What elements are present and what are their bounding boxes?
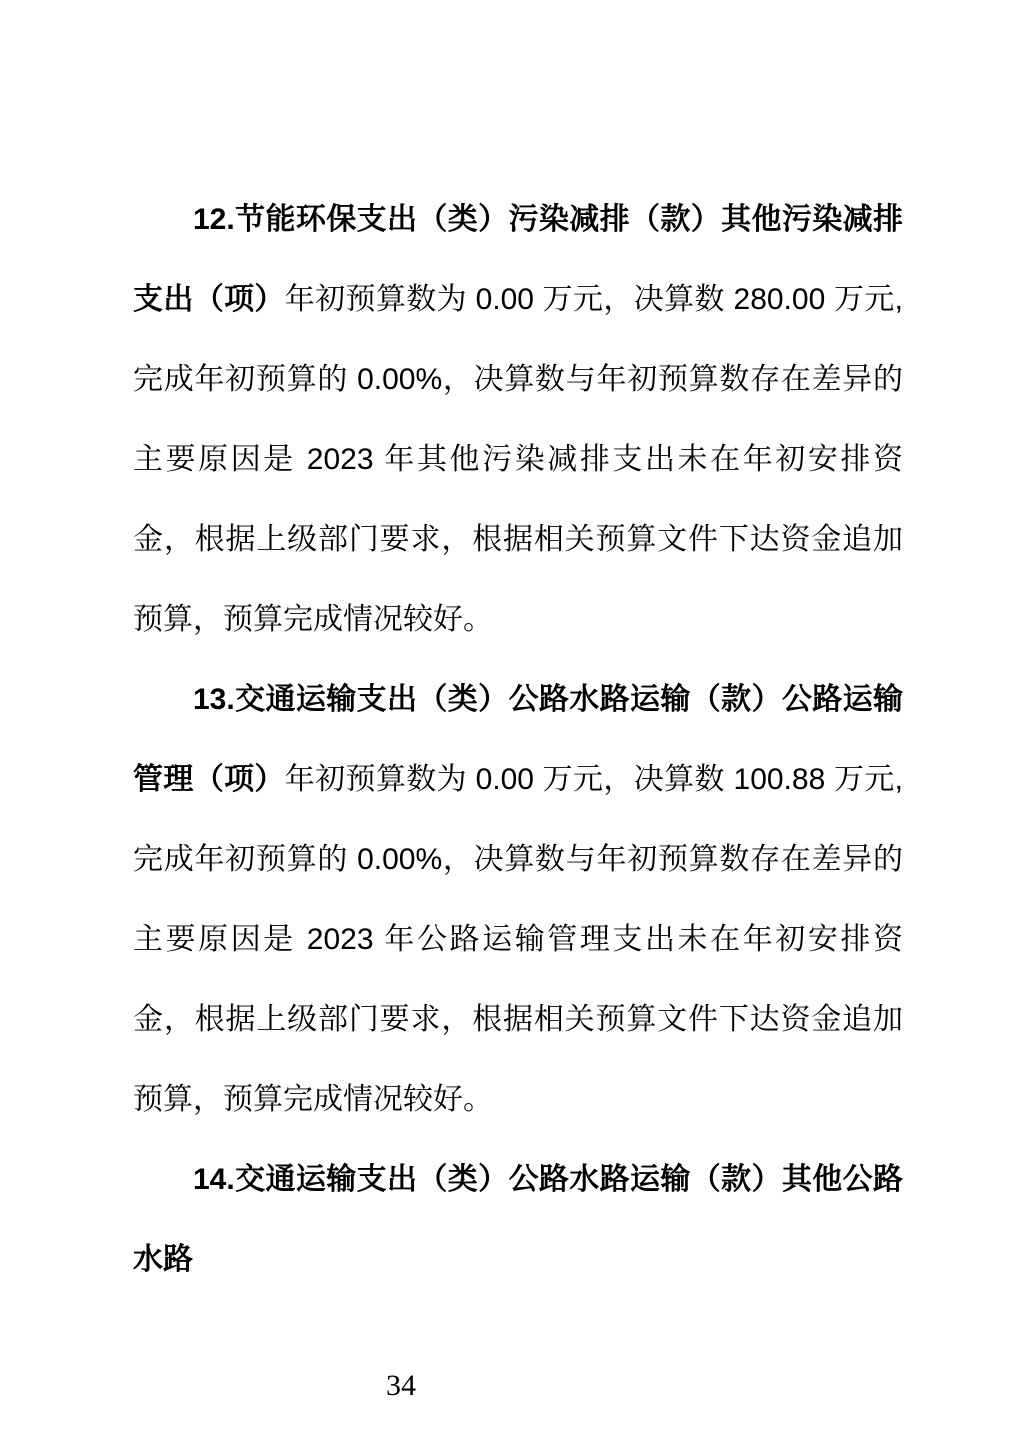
- paragraph-item-13: 13.交通运输支出（类）公路水路运输（款）公路运输管理（项）年初预算数为 0.0…: [133, 660, 903, 1140]
- page-number: 34: [386, 1366, 416, 1406]
- paragraph-item-14: 14.交通运输支出（类）公路水路运输（款）其他公路水路: [133, 1140, 903, 1300]
- paragraph-item-14-heading: 14.交通运输支出（类）公路水路运输（款）其他公路水路: [133, 1163, 903, 1276]
- paragraph-item-13-body: 年初预算数为 0.00 万元，决算数 100.88 万元,完成年初预算的 0.0…: [133, 763, 903, 1116]
- paragraph-item-12: 12.节能环保支出（类）污染减排（款）其他污染减排支出（项）年初预算数为 0.0…: [133, 180, 903, 660]
- document-page: 12.节能环保支出（类）污染减排（款）其他污染减排支出（项）年初预算数为 0.0…: [0, 0, 1024, 1448]
- document-body: 12.节能环保支出（类）污染减排（款）其他污染减排支出（项）年初预算数为 0.0…: [133, 180, 903, 1300]
- paragraph-item-12-body: 年初预算数为 0.00 万元，决算数 280.00 万元,完成年初预算的 0.0…: [133, 283, 903, 636]
